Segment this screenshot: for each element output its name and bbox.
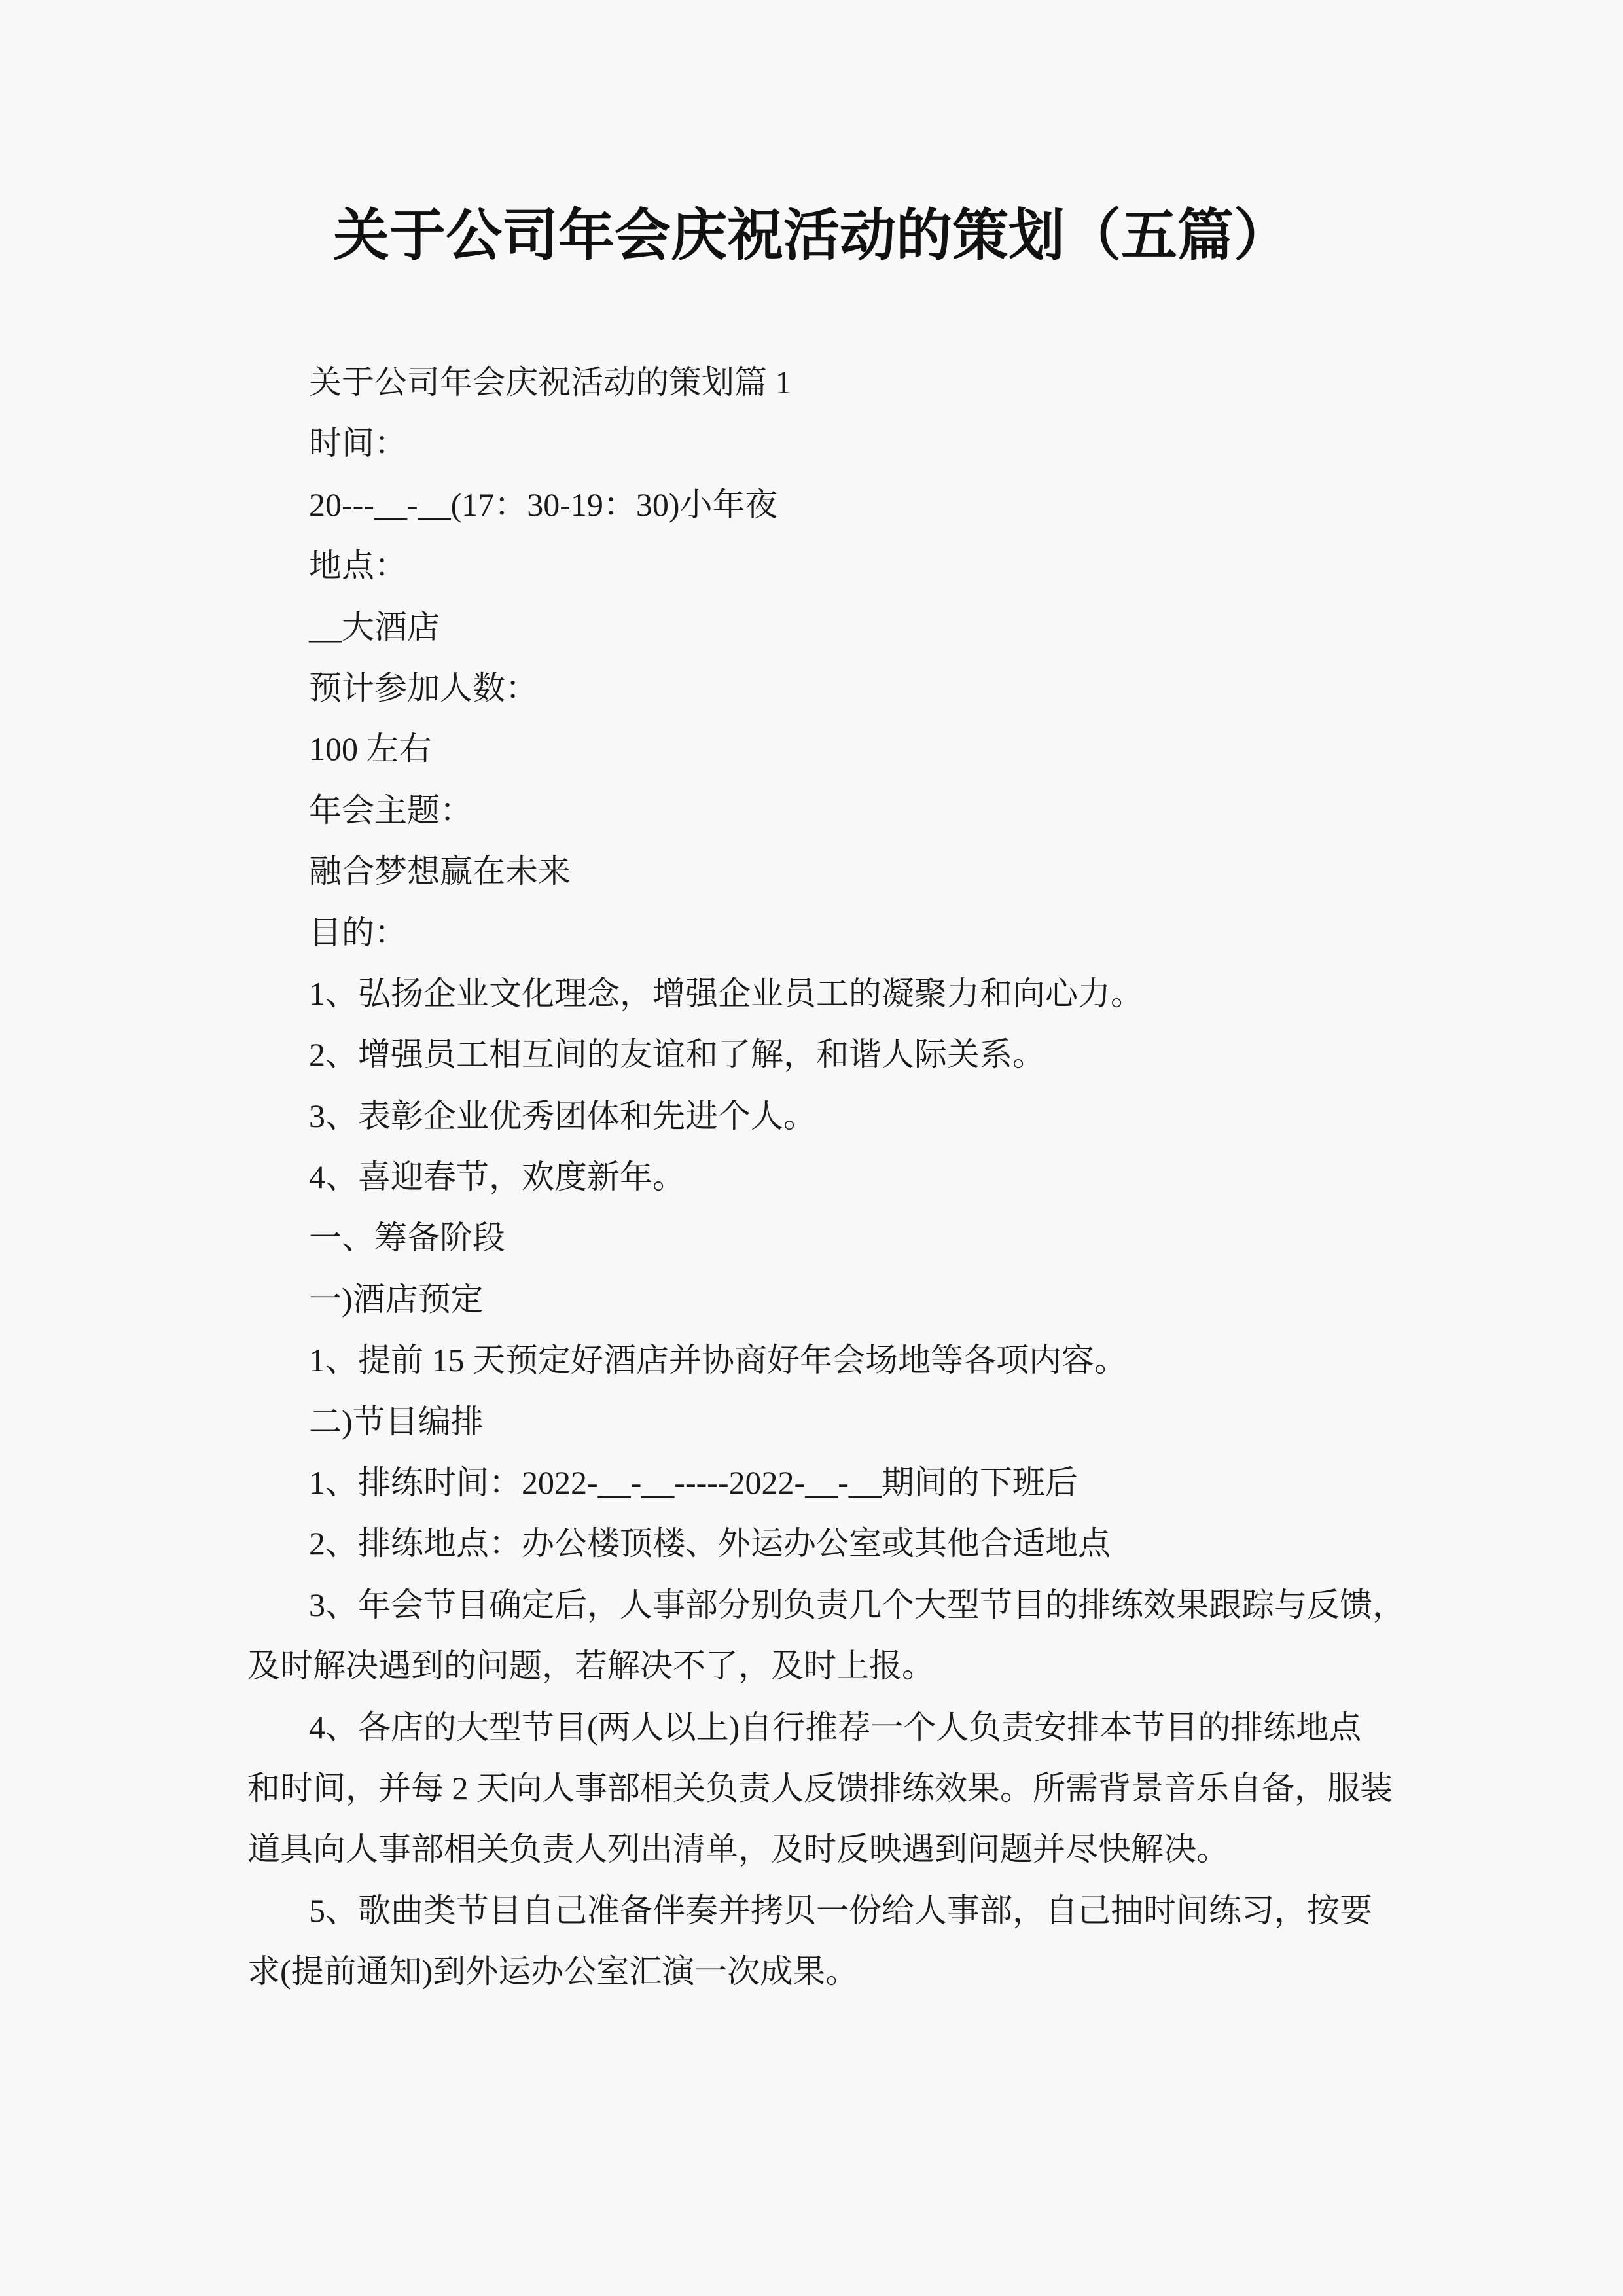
doc-line: 4、喜迎春节，欢度新年。 <box>247 1147 1400 1208</box>
doc-line: 1、提前 15 天预定好酒店并协商好年会场地等各项内容。 <box>247 1330 1400 1391</box>
doc-line: 3、年会节目确定后，人事部分别负责几个大型节目的排练效果跟踪与反馈， <box>247 1575 1400 1636</box>
doc-line: 求(提前通知)到外运办公室汇演一次成果。 <box>247 1941 1400 2002</box>
doc-line: 时间： <box>247 413 1400 474</box>
document-title: 关于公司年会庆祝活动的策划（五篇） <box>0 196 1623 275</box>
doc-line: __大酒店 <box>247 597 1400 658</box>
doc-line: 及时解决遇到的问题，若解决不了，及时上报。 <box>247 1636 1400 1696</box>
doc-line: 1、弘扬企业文化理念，增强企业员工的凝聚力和向心力。 <box>247 963 1400 1024</box>
doc-line: 一、筹备阶段 <box>247 1208 1400 1268</box>
document-body: 关于公司年会庆祝活动的策划篇 1 时间： 20---__-__(17：30-19… <box>247 352 1400 2003</box>
doc-line: 地点： <box>247 535 1400 596</box>
doc-line: 1、排练时间：2022-__-__-----2022-__-__期间的下班后 <box>247 1452 1400 1513</box>
doc-line: 5、歌曲类节目自己准备伴奏并拷贝一份给人事部，自己抽时间练习，按要 <box>247 1880 1400 1941</box>
doc-line: 20---__-__(17：30-19：30)小年夜 <box>247 475 1400 535</box>
doc-line: 3、表彰企业优秀团体和先进个人。 <box>247 1086 1400 1147</box>
doc-line: 100 左右 <box>247 719 1400 780</box>
doc-line: 二)节目编排 <box>247 1391 1400 1452</box>
doc-line: 预计参加人数： <box>247 658 1400 719</box>
doc-line: 和时间，并每 2 天向人事部相关负责人反馈排练效果。所需背景音乐自备，服装 <box>247 1758 1400 1819</box>
doc-line: 目的： <box>247 903 1400 963</box>
doc-line: 年会主题： <box>247 780 1400 841</box>
doc-line: 关于公司年会庆祝活动的策划篇 1 <box>247 352 1400 413</box>
document-page: 关于公司年会庆祝活动的策划（五篇） 关于公司年会庆祝活动的策划篇 1 时间： 2… <box>0 0 1623 2296</box>
doc-line: 一)酒店预定 <box>247 1269 1400 1330</box>
doc-line: 2、排练地点：办公楼顶楼、外运办公室或其他合适地点 <box>247 1513 1400 1574</box>
doc-line: 道具向人事部相关负责人列出清单，及时反映遇到问题并尽快解决。 <box>247 1819 1400 1880</box>
doc-line: 融合梦想赢在未来 <box>247 841 1400 902</box>
doc-line: 2、增强员工相互间的友谊和了解，和谐人际关系。 <box>247 1024 1400 1085</box>
doc-line: 4、各店的大型节目(两人以上)自行推荐一个人负责安排本节目的排练地点 <box>247 1697 1400 1758</box>
